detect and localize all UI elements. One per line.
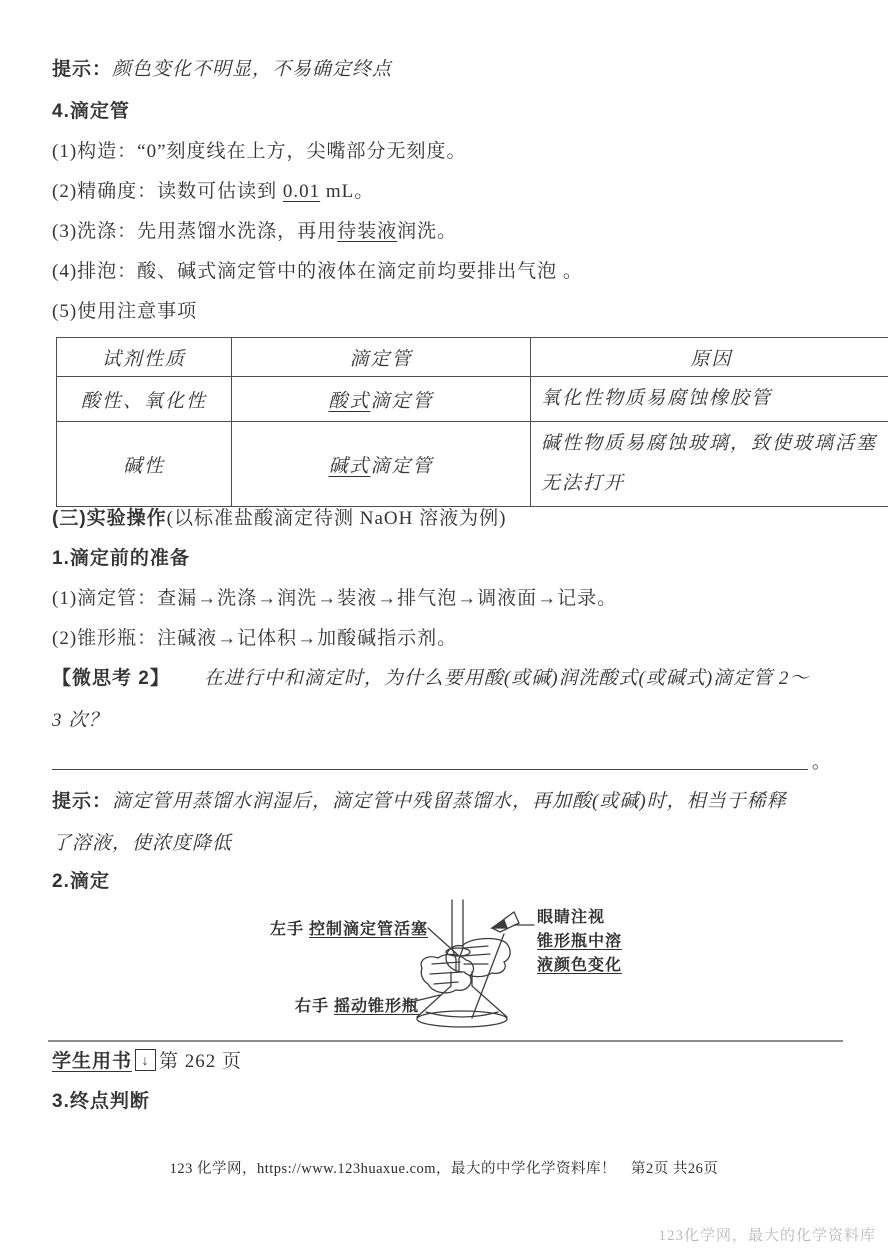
table-header-reason: 原因 — [531, 338, 888, 377]
watermark: 123化学网，最大的化学资料库 — [658, 1224, 876, 1245]
down-arrow-icon: ↓ — [135, 1049, 156, 1071]
page-footer: 123 化学网，https://www.123huaxue.com，最大的中学化… — [0, 1157, 888, 1178]
table-cell-property: 碱性 — [57, 422, 232, 507]
burette-item-4: (4)排泡：酸、碱式滴定管中的液体在滴定前均要排出气泡 。 — [52, 259, 583, 285]
table-cell-reason: 碱性物质易腐蚀玻璃，致使玻璃活塞无法打开 — [531, 422, 888, 507]
section-title-burette: 4.滴定管 — [52, 99, 130, 125]
prep-item-2: (2)锥形瓶：注碱液→记体积→加酸碱指示剂。 — [52, 626, 457, 652]
answer-blank-line — [52, 745, 808, 770]
burette-spec-table: 试剂性质 滴定管 原因 酸性、氧化性 酸式滴定管 氧化性物质易腐蚀橡胶管 碱性 … — [56, 337, 888, 507]
underlined-answer: 0.01 — [283, 181, 320, 202]
prep-title: 1.滴定前的准备 — [52, 546, 190, 572]
burette-item-2: (2)精确度：读数可估读到 0.01 mL。 — [52, 179, 374, 205]
table-header-burette: 滴定管 — [232, 338, 531, 377]
section-divider — [48, 1040, 843, 1042]
burette-item-3: (3)洗涤：先用蒸馏水洗涤，再用待装液润洗。 — [52, 219, 457, 245]
answer-blank-period: 。 — [812, 748, 830, 774]
table-cell-reason: 氧化性物质易腐蚀橡胶管 — [531, 377, 888, 422]
label-left-hand: 左手 控制滴定管活塞 — [270, 916, 428, 939]
student-book-label: 学生用书 — [52, 1051, 132, 1072]
hint-bottom-2: 了溶液，使浓度降低 — [52, 831, 232, 857]
label-eye-watching: 眼睛注视 锥形瓶中溶 液颜色变化 — [537, 906, 622, 978]
hint-top: 提示：颜色变化不明显，不易确定终点 — [52, 57, 392, 83]
burette-item-5: (5)使用注意事项 — [52, 299, 197, 325]
operation-title: (三)实验操作(以标准盐酸滴定待测 NaOH 溶液为例) — [52, 506, 506, 532]
table-cell-property: 酸性、氧化性 — [57, 377, 232, 422]
table-cell-burette: 酸式滴定管 — [232, 377, 531, 422]
micro-think-question: 在进行中和滴定时，为什么要用酸(或碱)润洗酸式(或碱式)滴定管 2～ — [204, 668, 810, 689]
table-row: 碱性 碱式滴定管 碱性物质易腐蚀玻璃，致使玻璃活塞无法打开 — [57, 422, 888, 507]
student-book-ref: 学生用书↓第 262 页 — [52, 1049, 242, 1075]
label-right-hand: 右手 摇动锥形瓶 — [295, 993, 419, 1016]
document-page: 提示：颜色变化不明显，不易确定终点 4.滴定管 (1)构造：“0”刻度线在上方，… — [0, 0, 888, 1255]
endpoint-title: 3.终点判断 — [52, 1089, 150, 1115]
prep-item-1: (1)滴定管：查漏→洗涤→润洗→装液→排气泡→调液面→记录。 — [52, 586, 617, 612]
hint-top-label: 提示： — [52, 59, 112, 80]
table-cell-burette: 碱式滴定管 — [232, 422, 531, 507]
table-header-property: 试剂性质 — [57, 338, 232, 377]
hint-top-text: 颜色变化不明显，不易确定终点 — [112, 59, 392, 80]
micro-think-question-2: 3 次？ — [52, 708, 108, 734]
hint-bottom-label: 提示： — [52, 791, 112, 812]
micro-think-label: 【微思考 2】 — [52, 668, 170, 689]
table-header-row: 试剂性质 滴定管 原因 — [57, 338, 888, 377]
hint-bottom: 提示：滴定管用蒸馏水润湿后，滴定管中残留蒸馏水，再加酸(或碱)时，相当于稀释 — [52, 789, 787, 815]
underlined-answer: 待装液 — [337, 221, 397, 242]
titration-title: 2.滴定 — [52, 869, 110, 895]
burette-item-1: (1)构造：“0”刻度线在上方，尖嘴部分无刻度。 — [52, 139, 467, 165]
student-book-page: 第 262 页 — [159, 1051, 242, 1072]
micro-think: 【微思考 2】在进行中和滴定时，为什么要用酸(或碱)润洗酸式(或碱式)滴定管 2… — [52, 666, 809, 692]
table-row: 酸性、氧化性 酸式滴定管 氧化性物质易腐蚀橡胶管 — [57, 377, 888, 422]
